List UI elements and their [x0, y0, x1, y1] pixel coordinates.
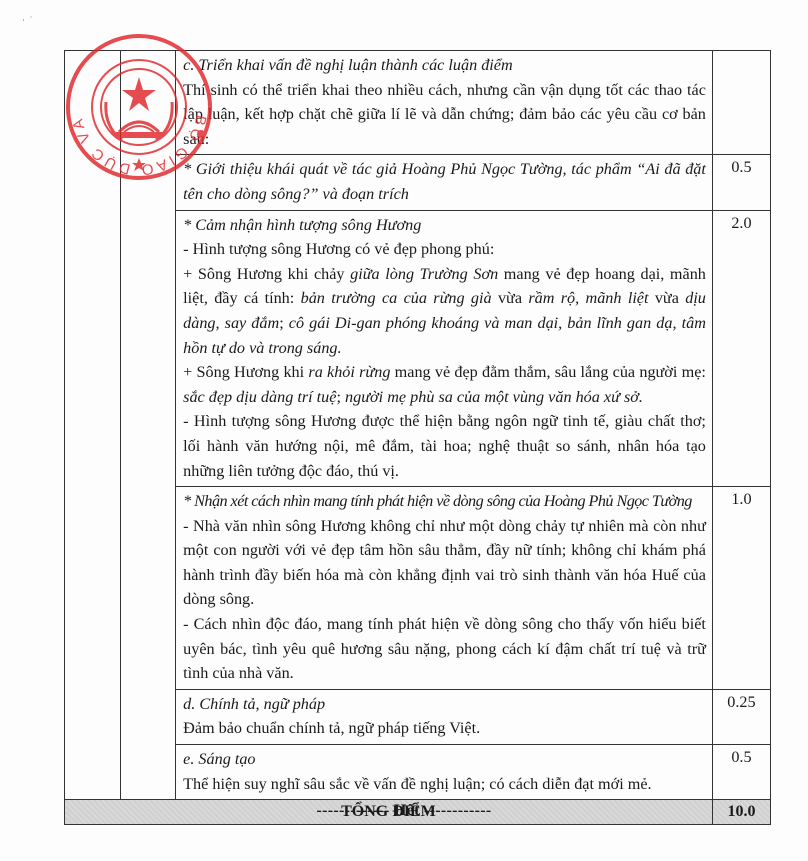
criterion-cell: c. Triển khai vấn đề nghị luận thành các…	[176, 51, 713, 155]
score-cell: 0.25	[712, 689, 770, 744]
criterion-heading: * Nhận xét cách nhìn mang tính phát hiện…	[183, 489, 706, 514]
criterion-paragraph: - Nhà văn nhìn sông Hương không chỉ như …	[183, 514, 706, 612]
criterion-paragraph: - Cách nhìn độc đáo, mang tính phát hiện…	[183, 612, 706, 686]
criterion-heading: d. Chính tả, ngữ pháp	[183, 692, 706, 717]
criterion-body: Thí sinh có thể triển khai theo nhiều cá…	[183, 78, 706, 152]
criterion-cell: e. Sáng tạo Thể hiện suy nghĩ sâu sắc về…	[176, 745, 713, 800]
criterion-heading: c. Triển khai vấn đề nghị luận thành các…	[183, 53, 706, 78]
score-cell: 0.5	[712, 155, 770, 210]
criterion-body: Đảm bảo chuẩn chính tả, ngữ pháp tiếng V…	[183, 716, 706, 741]
score-cell: 2.0	[712, 210, 770, 487]
scan-specks: · ˙	[22, 15, 33, 25]
criterion-cell: * Nhận xét cách nhìn mang tính phát hiện…	[176, 487, 713, 690]
criterion-cell: * Cảm nhận hình tượng sông Hương - Hình …	[176, 210, 713, 487]
criterion-paragraph: + Sông Hương khi chảy giữa lòng Trường S…	[183, 262, 706, 360]
question-number-cell	[65, 51, 121, 800]
grading-rubric-table: c. Triển khai vấn đề nghị luận thành các…	[64, 50, 771, 825]
criterion-paragraph: - Hình tượng sông Hương được thể hiện bằ…	[183, 409, 706, 483]
criterion-paragraph: - Hình tượng sông Hương có vẻ đẹp phong …	[183, 237, 706, 262]
end-marker: ------------- Hết ------------	[0, 802, 808, 820]
criterion-paragraph: + Sông Hương khi ra khỏi rừng mang vẻ đẹ…	[183, 360, 706, 409]
score-cell	[712, 51, 770, 155]
score-cell: 1.0	[712, 487, 770, 690]
criterion-cell: * Giới thiệu khái quát về tác giả Hoàng …	[176, 155, 713, 210]
criterion-heading: * Giới thiệu khái quát về tác giả Hoàng …	[183, 157, 706, 206]
section-cell	[121, 51, 176, 800]
exam-answer-page: · ˙ c. Triển khai vấn đề nghị luận thành…	[0, 0, 808, 861]
criterion-body: Thể hiện suy nghĩ sâu sắc về vấn đề nghị…	[183, 772, 706, 797]
criterion-heading: * Cảm nhận hình tượng sông Hương	[183, 213, 706, 238]
criterion-heading: e. Sáng tạo	[183, 747, 706, 772]
score-cell: 0.5	[712, 745, 770, 800]
table-row: c. Triển khai vấn đề nghị luận thành các…	[65, 51, 771, 155]
criterion-cell: d. Chính tả, ngữ pháp Đảm bảo chuẩn chín…	[176, 689, 713, 744]
